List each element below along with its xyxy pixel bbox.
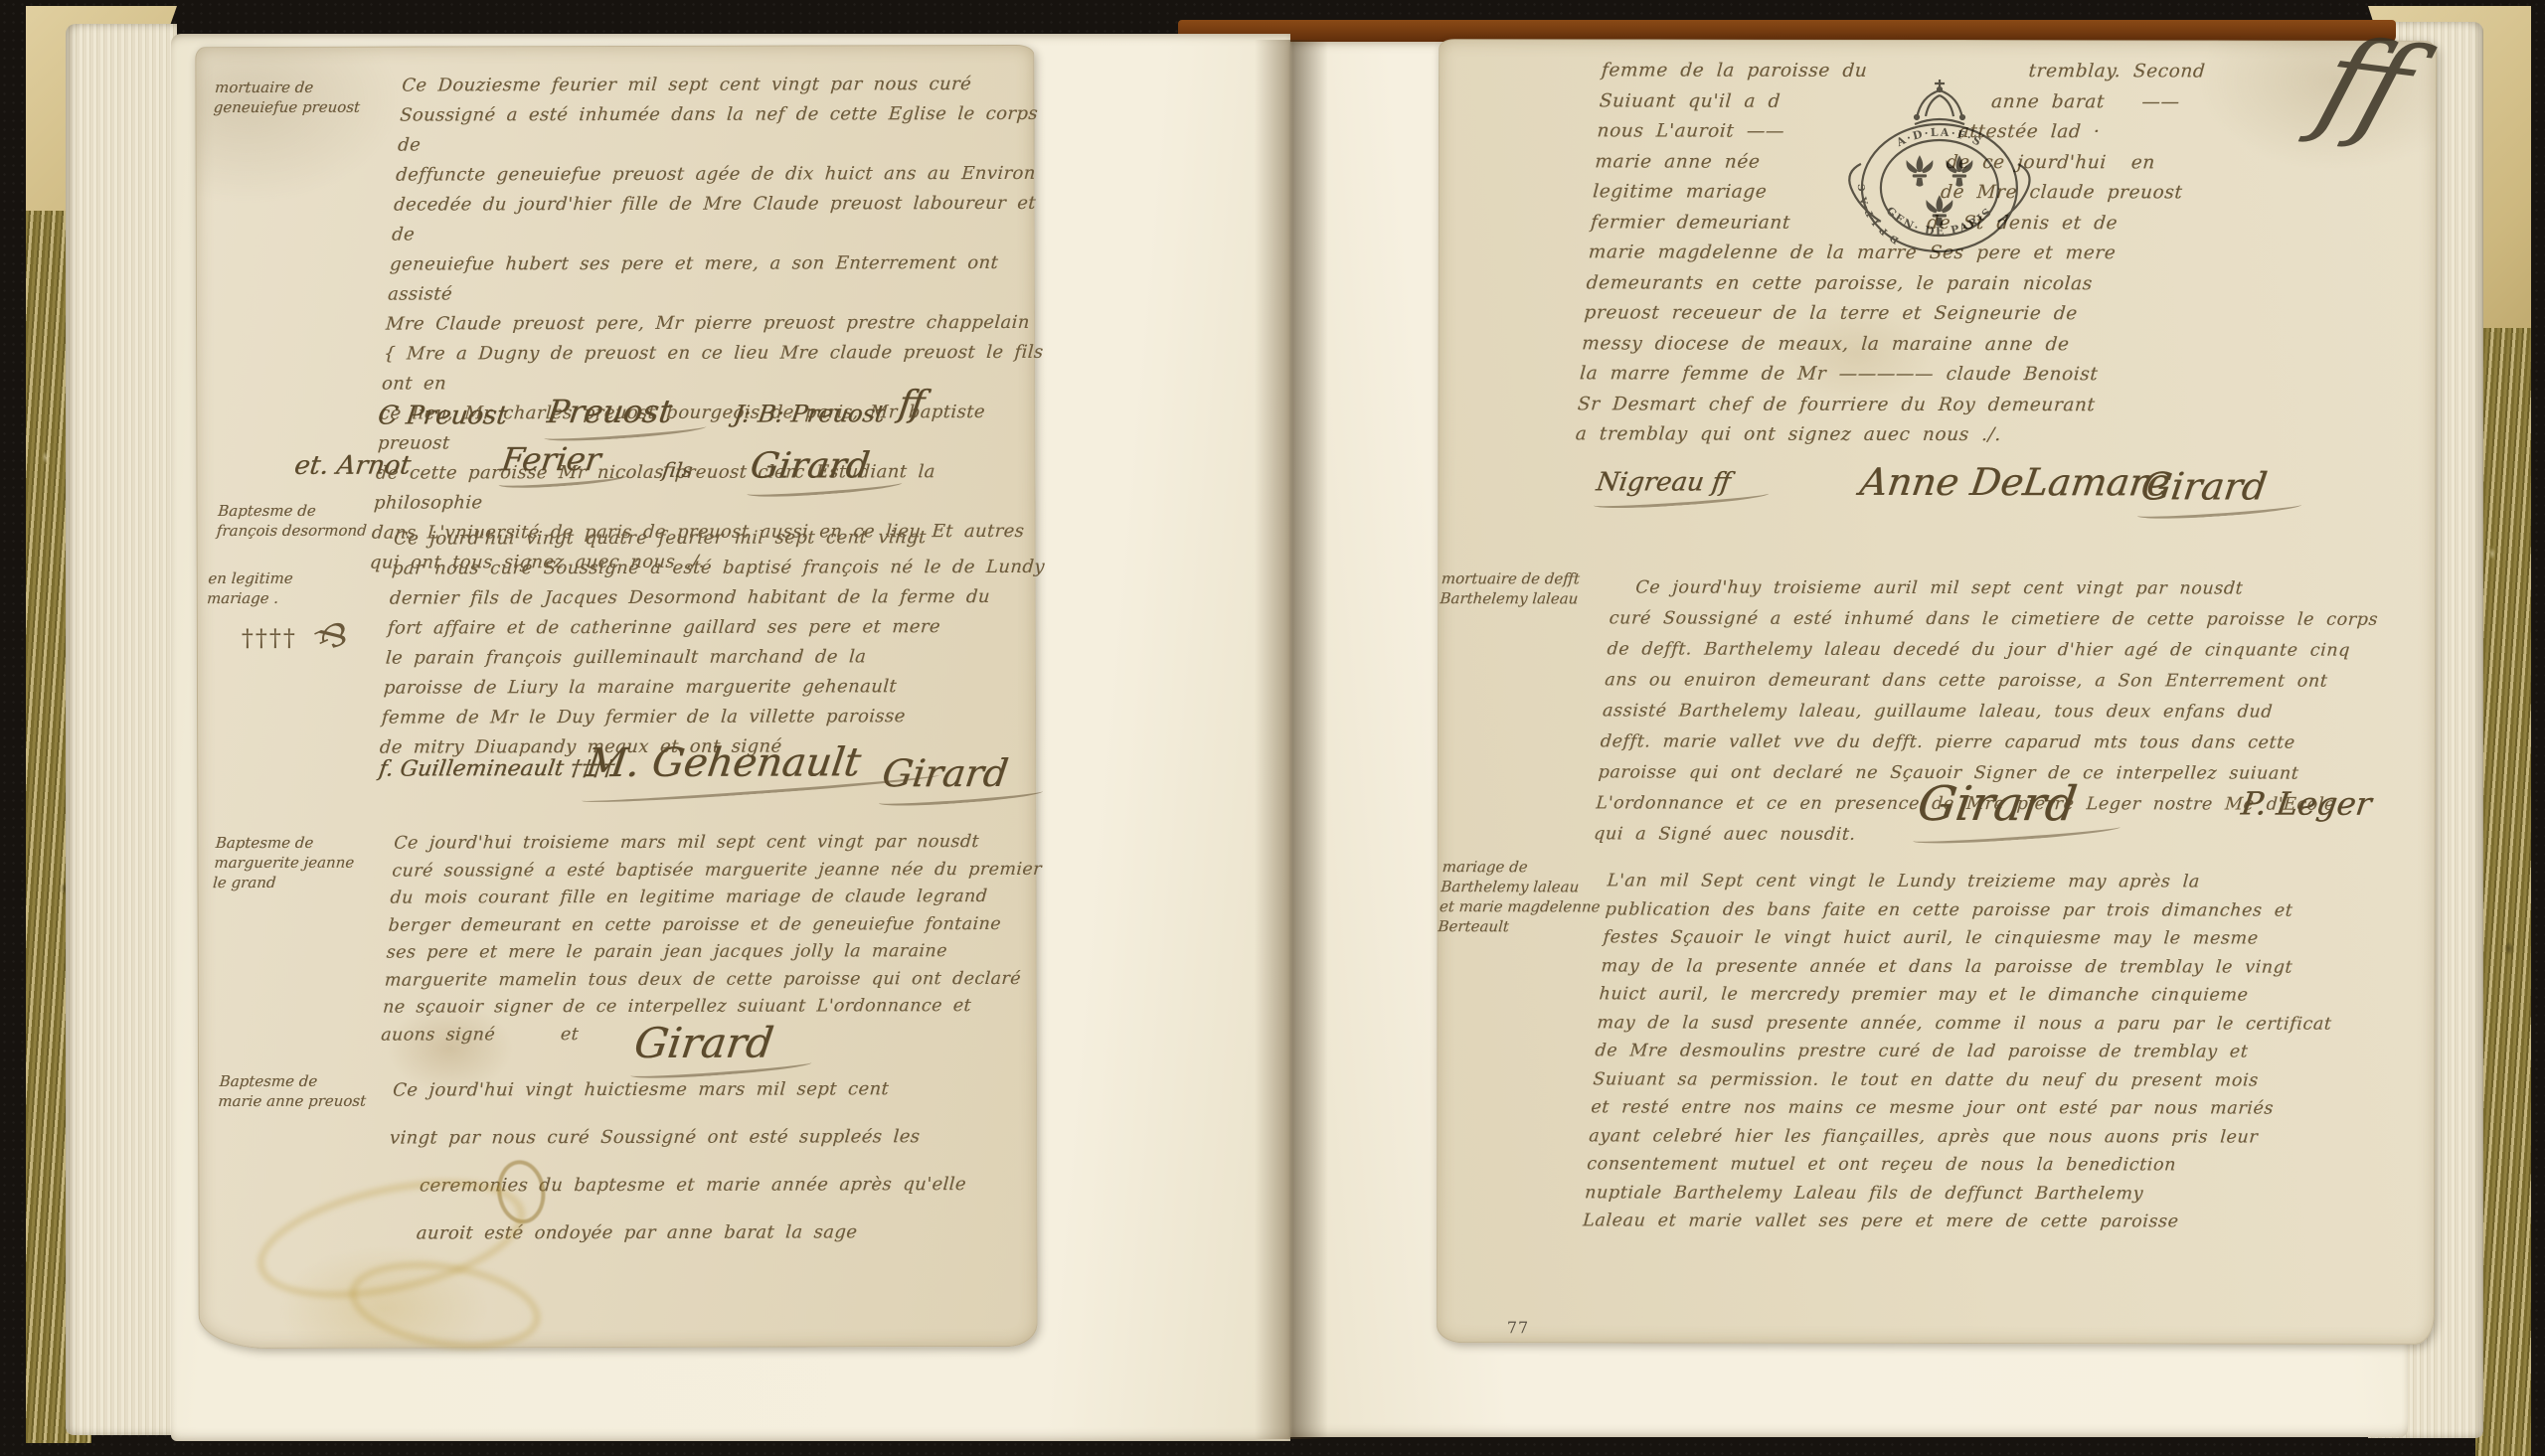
- signature: Girard: [879, 751, 1011, 803]
- signature: fils: [661, 458, 694, 482]
- gutter-shadow: [1255, 40, 1328, 1439]
- signature: Ferier: [498, 440, 603, 486]
- signature-paraph: ff: [896, 384, 927, 424]
- signature: Anne DeLamare: [1857, 460, 2172, 505]
- signature: f. Guillemineault ††††: [377, 756, 615, 782]
- entry-body: Ce Douziesme feurier mil sept cent vingt…: [369, 70, 1067, 578]
- signature: P. Leger: [2239, 785, 2374, 823]
- entry-body: Ce jourd'hui troisieme mars mil sept cen…: [380, 829, 1059, 1050]
- stamp-left-text: D·P·I·P·A·COL: [1815, 69, 1902, 245]
- margin-note: mortuaire de defft Barthelemy laleau: [1440, 568, 1631, 608]
- right-marbled-edge: [2475, 328, 2531, 1456]
- signature: Girard: [747, 445, 872, 494]
- signature: et. Arnot: [292, 451, 413, 481]
- signature: M. Gehenault: [582, 739, 863, 794]
- right-manuscript-leaf: femme de la paroisse du tremblay. Second…: [1437, 39, 2437, 1345]
- margin-note-latin: en legitime mariage .: [206, 568, 388, 608]
- ink-scribble: &: [309, 612, 355, 658]
- signature: J: B: Preuost: [732, 400, 886, 427]
- svg-text:D·P·I·P·A·COL: D·P·I·P·A·COL: [1815, 69, 1902, 245]
- signature: Nigreau ff: [1594, 467, 1733, 505]
- margin-note: Baptesme de françois desormond: [216, 501, 398, 541]
- tally-marks: ††††: [242, 624, 297, 652]
- signature: C Preuost: [376, 401, 509, 430]
- margin-note: Baptesme de marie anne preuost: [218, 1071, 400, 1111]
- generalite-de-paris-stamp: A·D·LA·F·S GEN· DE PARIS D·P·I·P·A·COL: [1815, 69, 2064, 272]
- entry-body: L'an mil Sept cent vingt le Lundy treizi…: [1582, 867, 2454, 1236]
- margin-note: mariage de Barthelemy laleau et marie ma…: [1438, 857, 1632, 936]
- margin-note: Baptesme de marguerite jeanne le grand: [212, 833, 395, 892]
- signature: Girard: [1913, 776, 2080, 840]
- signature: Girard: [2137, 464, 2270, 516]
- photo-of-open-register: mortuaire de geneuiefue preuost Ce Douzi…: [0, 0, 2545, 1456]
- margin-note: mortuaire de geneuiefue preuost: [213, 78, 395, 117]
- signature: Preuost: [544, 393, 674, 438]
- page-number: 77: [1507, 1318, 1529, 1337]
- entry-body: Ce jourd'hui vingt quatre feurier mil se…: [379, 523, 1059, 763]
- left-manuscript-leaf: mortuaire de geneuiefue preuost Ce Douzi…: [195, 45, 1037, 1349]
- left-page-stack-edge: [66, 24, 177, 1435]
